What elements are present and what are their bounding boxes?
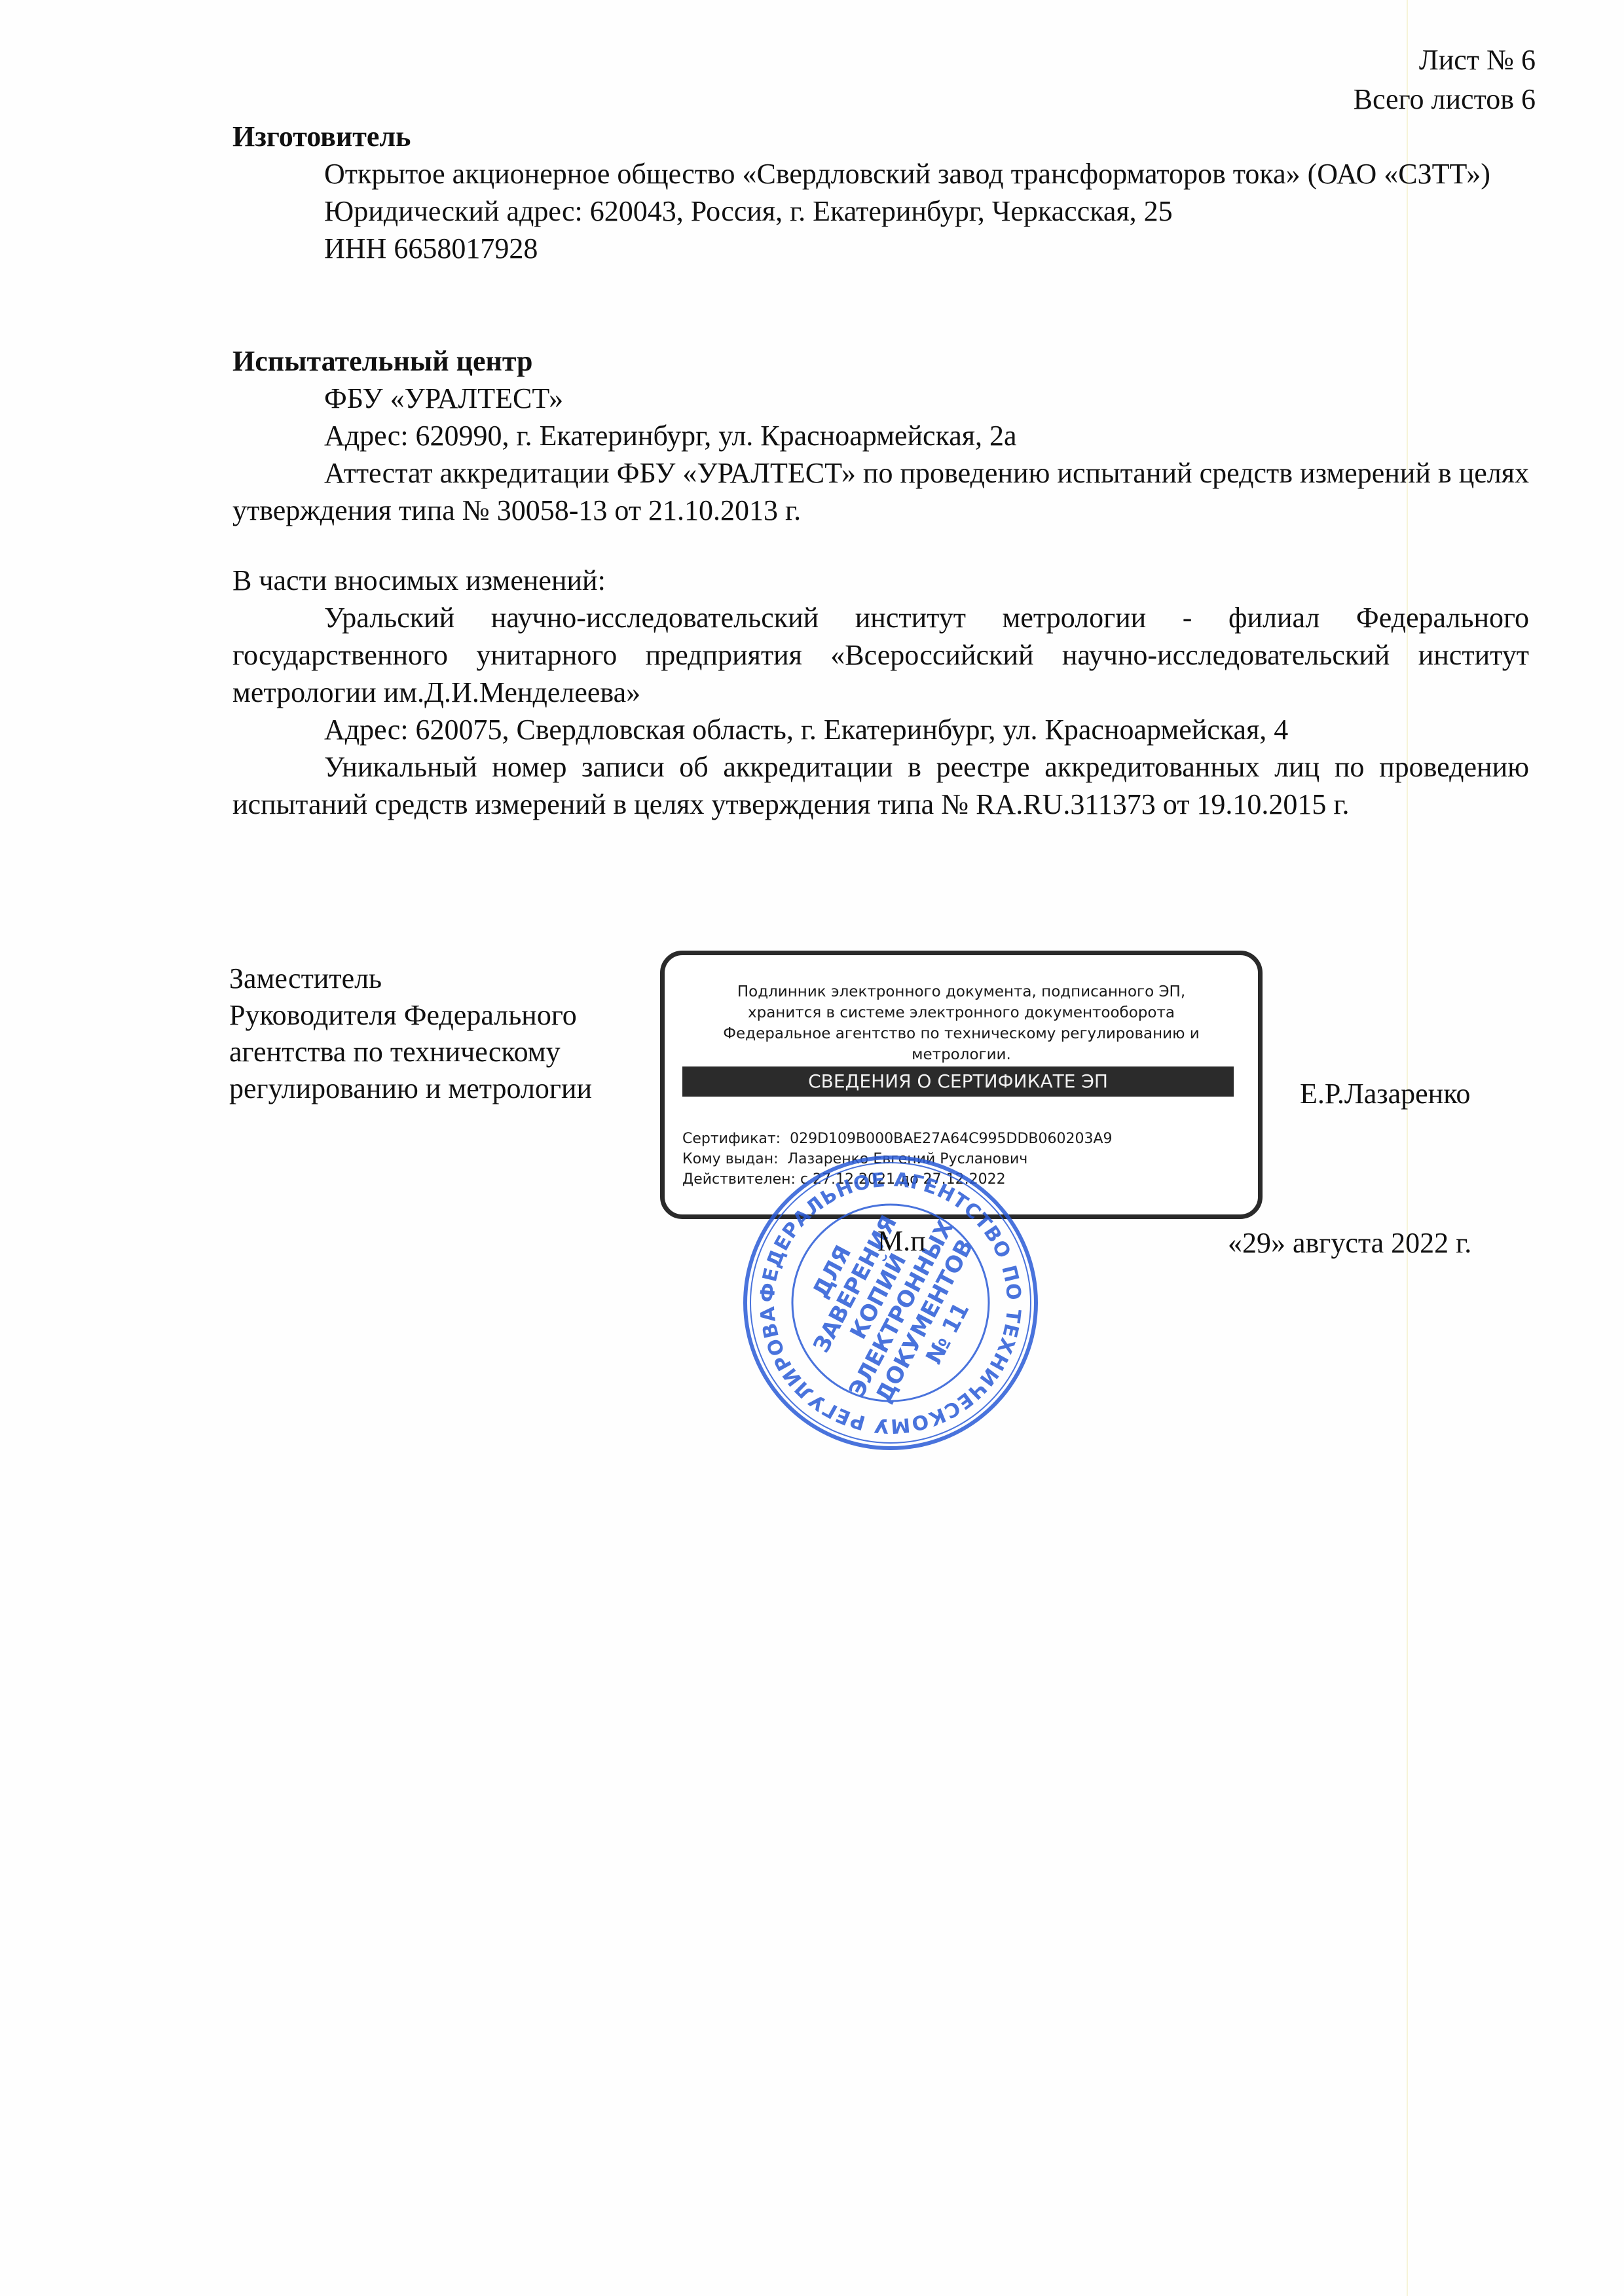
position-line: Заместитель <box>229 960 592 997</box>
official-seal-stamp: ФЕДЕРАЛЬНОЕ АГЕНТСТВО ПО ТЕХНИЧЕСКОМУ РЕ… <box>740 1152 1041 1453</box>
certificate-value: 029D109B000BAE27A64C995DDB060203A9 <box>790 1131 1112 1147</box>
changes-section: В части вносимых изменений: Уральский на… <box>232 562 1529 823</box>
signatory-name: Е.Р.Лазаренко <box>1300 1077 1470 1110</box>
test-center-name: ФБУ «УРАЛТЕСТ» <box>232 380 1529 417</box>
sheet-header: Лист № 6 Всего листов 6 <box>1354 41 1536 119</box>
test-center-address: Адрес: 620990, г. Екатеринбург, ул. Крас… <box>232 417 1529 454</box>
manufacturer-heading: Изготовитель <box>232 118 1529 155</box>
sheet-number: Лист № 6 <box>1354 41 1536 80</box>
signature-date: «29» августа 2022 г. <box>1228 1226 1471 1260</box>
notice-line: Подлинник электронного документа, подпис… <box>665 981 1258 1002</box>
changes-heading: В части вносимых изменений: <box>232 562 1529 599</box>
test-center-section: Испытательный центр ФБУ «УРАЛТЕСТ» Адрес… <box>232 342 1529 529</box>
esign-notice: Подлинник электронного документа, подпис… <box>665 981 1258 1065</box>
manufacturer-inn: ИНН 6658017928 <box>232 230 1529 267</box>
seal-place-mark: М.п <box>877 1224 926 1258</box>
manufacturer-address: Юридический адрес: 620043, Россия, г. Ек… <box>232 192 1529 230</box>
total-sheets: Всего листов 6 <box>1354 80 1536 119</box>
certificate-row: Сертификат: 029D109B000BAE27A64C995DDB06… <box>682 1129 1113 1149</box>
test-center-heading: Испытательный центр <box>232 342 1529 380</box>
position-line: регулированию и метрологии <box>229 1070 592 1107</box>
certificate-label: Сертификат: <box>682 1131 781 1147</box>
test-center-accreditation: Аттестат аккредитации ФБУ «УРАЛТЕСТ» по … <box>232 454 1529 529</box>
manufacturer-section: Изготовитель Открытое акционерное общест… <box>232 118 1529 267</box>
manufacturer-name: Открытое акционерное общество «Свердловс… <box>232 155 1529 192</box>
position-line: агентства по техническому <box>229 1034 592 1070</box>
document-page: Лист № 6 Всего листов 6 Изготовитель Отк… <box>0 0 1624 2296</box>
notice-line: метрологии. <box>665 1044 1258 1065</box>
changes-address: Адрес: 620075, Свердловская область, г. … <box>232 711 1529 748</box>
notice-line: Федеральное агентство по техническому ре… <box>665 1023 1258 1044</box>
signatory-position: Заместитель Руководителя Федерального аг… <box>229 960 592 1107</box>
position-line: Руководителя Федерального <box>229 997 592 1034</box>
changes-org-name: Уральский научно-исследовательский инсти… <box>232 599 1529 711</box>
notice-line: хранится в системе электронного документ… <box>665 1002 1258 1023</box>
changes-accreditation: Уникальный номер записи об аккредитации … <box>232 748 1529 823</box>
certificate-info-banner: СВЕДЕНИЯ О СЕРТИФИКАТЕ ЭП <box>682 1066 1234 1097</box>
